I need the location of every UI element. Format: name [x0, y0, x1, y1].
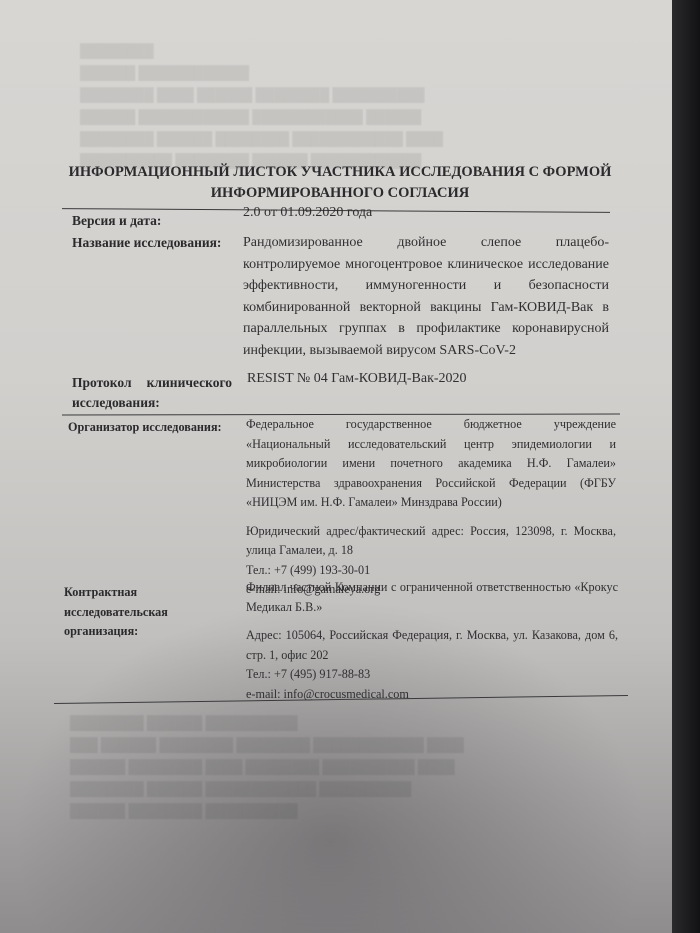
cro-label: Контрактная исследовательская организаци…	[64, 583, 168, 642]
cro-label-line-2: исследовательская	[64, 603, 168, 623]
version-label: Версия и дата:	[72, 210, 161, 232]
study-name-value: Рандомизированное двойное слепое плацебо…	[243, 232, 609, 361]
protocol-value: RESIST № 04 Гам-КОВИД-Вак-2020	[247, 368, 467, 390]
title-line-1: ИНФОРМАЦИОННЫЙ ЛИСТОК УЧАСТНИКА ИССЛЕДОВ…	[40, 162, 640, 183]
organizer-address: Юридический адрес/фактический адрес: Рос…	[246, 522, 616, 561]
cro-name: Филиал частной Компании с ограниченной о…	[246, 578, 618, 617]
cro-block: Филиал частной Компании с ограниченной о…	[246, 578, 618, 704]
paper-sheet: ██████████████ ████████████████████ ████…	[0, 0, 672, 933]
title-line-2: ИНФОРМИРОВАННОГО СОГЛАСИЯ	[40, 183, 640, 204]
cro-label-line-1: Контрактная	[64, 583, 168, 603]
protocol-label-line-1: Протокол клинического	[72, 372, 232, 394]
organizer-name: Федеральное государственное бюджетное уч…	[246, 415, 616, 513]
bleed-through-text-bottom: ████████ ██████ █████████████ ██████ ███…	[70, 712, 530, 822]
version-value: 2.0 от 01.09.2020 года	[243, 202, 372, 224]
bleed-through-text: ██████████████ ████████████████████ ████…	[80, 40, 540, 172]
background-edge	[672, 0, 700, 933]
cro-phone: Тел.: +7 (495) 917-88-83	[246, 665, 618, 685]
cro-label-line-3: организация:	[64, 622, 168, 642]
organizer-label: Организатор исследования:	[68, 418, 222, 438]
cro-address: Адрес: 105064, Российская Федерация, г. …	[246, 626, 618, 665]
cro-email: e-mail: info@crocusmedical.com	[246, 685, 618, 705]
organizer-block: Федеральное государственное бюджетное уч…	[246, 415, 616, 600]
study-name-label: Название исследования:	[72, 232, 221, 254]
document-title: ИНФОРМАЦИОННЫЙ ЛИСТОК УЧАСТНИКА ИССЛЕДОВ…	[40, 162, 640, 204]
protocol-label-line-2: исследования:	[72, 392, 160, 414]
